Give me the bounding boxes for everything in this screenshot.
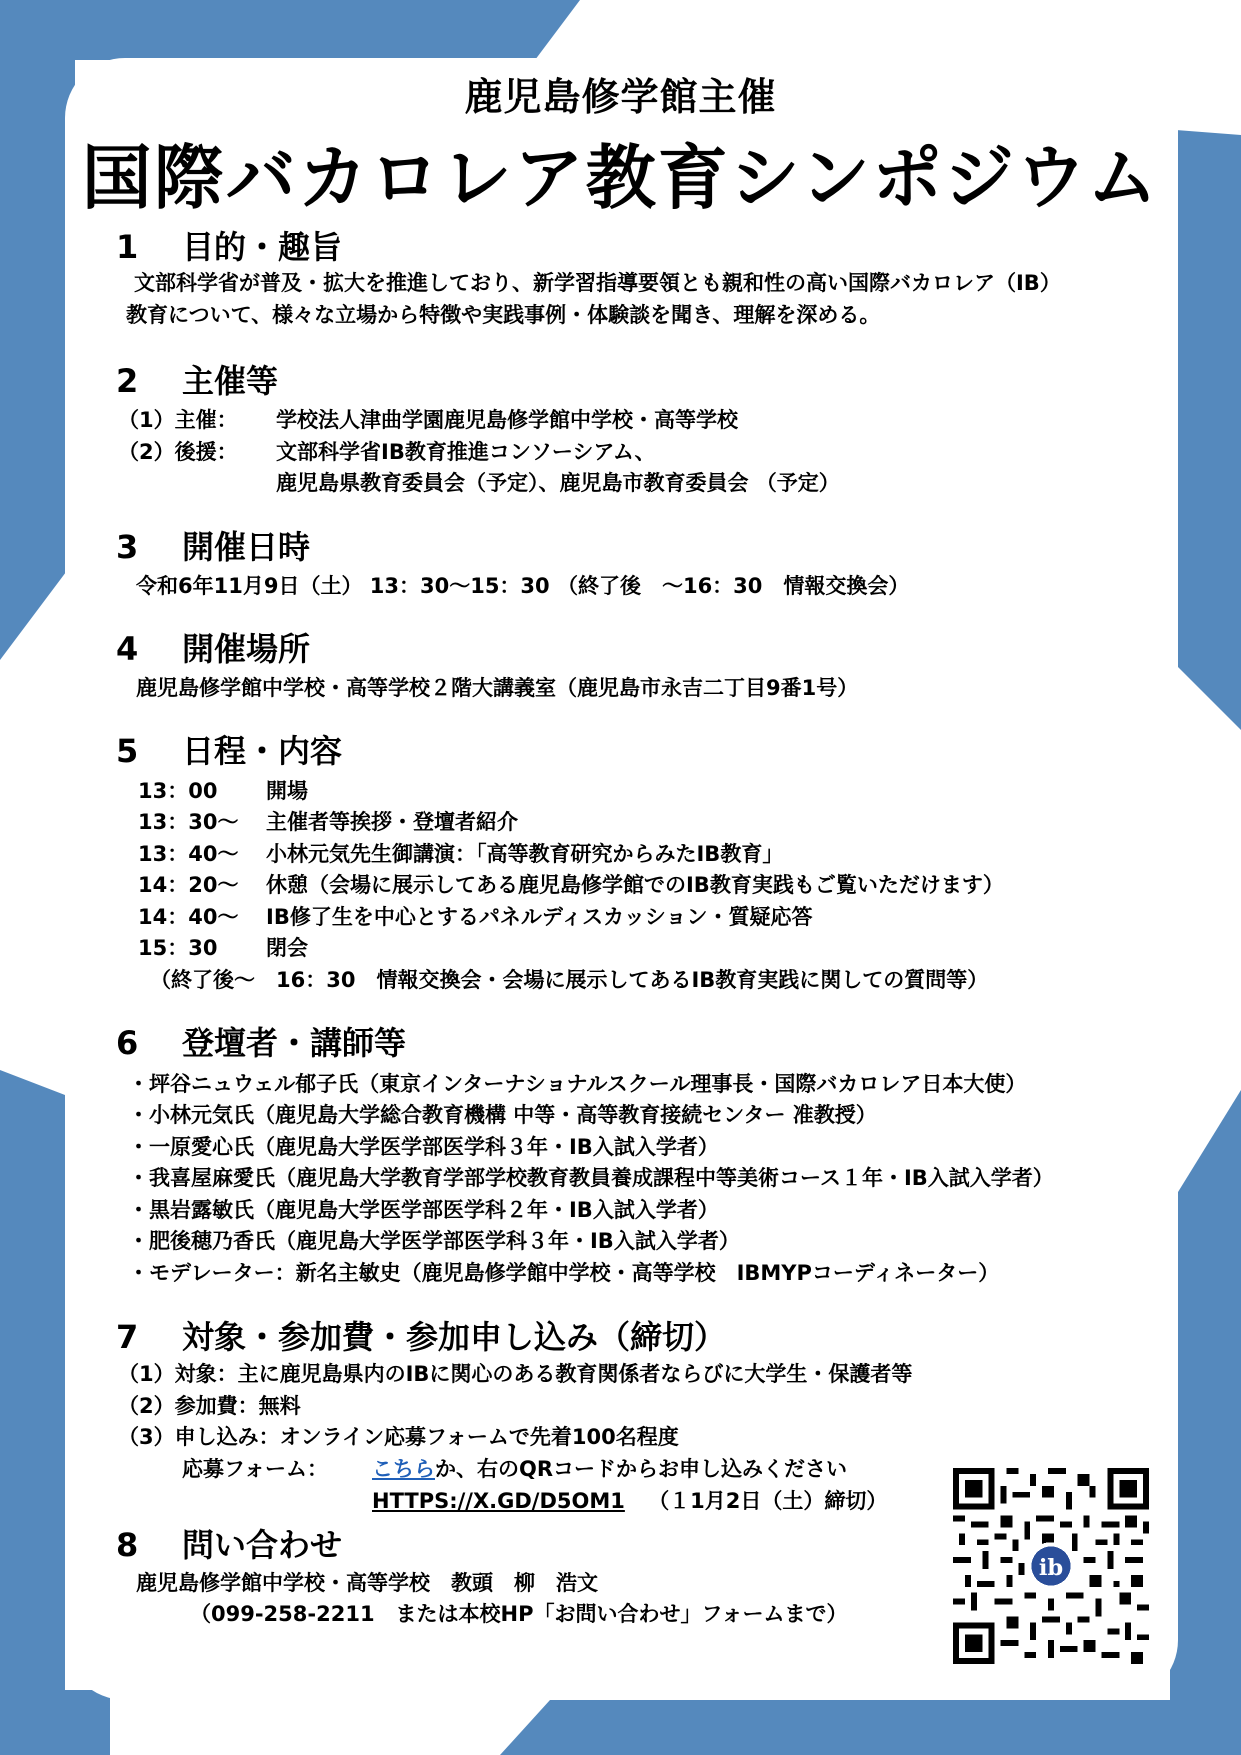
- section-number: 8: [116, 1526, 182, 1564]
- application-form-row: 応募フォーム：こちらか、右のQRコードからお申し込みください: [182, 1453, 847, 1483]
- supporter-label: （2）後援：: [118, 436, 276, 466]
- flyer-content: 鹿児島修学館主催 国際バカロレア教育シンポジウム 1目的・趣旨 文部科学省が普及…: [0, 0, 1241, 1755]
- participation-fee: （2）参加費：無料: [118, 1390, 301, 1420]
- event-title: 国際バカロレア教育シンポジウム: [0, 122, 1241, 223]
- supporter-row: （2）後援：文部科学省IB教育推進コンソーシアム、: [118, 436, 656, 466]
- section-number: 2: [116, 362, 182, 400]
- supporter-value: 文部科学省IB教育推進コンソーシアム、: [276, 440, 656, 464]
- section-6-heading: 6登壇者・講師等: [116, 1018, 406, 1064]
- section-title: 目的・趣旨: [182, 228, 342, 266]
- schedule-item: 主催者等挨拶・登壇者紹介: [266, 810, 518, 834]
- speaker-item: ・肥後穂乃香氏（鹿児島大学医学部医学科３年・IB入試入学者）: [128, 1225, 740, 1255]
- application-deadline: （１1月2日（土）締切）: [648, 1489, 887, 1513]
- section-title: 開催日時: [182, 528, 310, 566]
- speaker-item: ・我喜屋麻愛氏（鹿児島大学教育学部学校教育教員養成課程中等美術コース１年・IB入…: [128, 1162, 1054, 1192]
- schedule-item: 小林元気先生御講演：「高等教育研究からみたIB教育」: [266, 842, 783, 866]
- application-qr-code[interactable]: ib: [953, 1468, 1149, 1664]
- section-8-heading: 8問い合わせ: [116, 1520, 342, 1566]
- schedule-time: 14：40～: [138, 901, 266, 931]
- schedule-time: 13：40～: [138, 838, 266, 868]
- section-number: 1: [116, 228, 182, 266]
- schedule-item: IB修了生を中心とするパネルディスカッション・質疑応答: [266, 905, 813, 929]
- section-7-heading: 7対象・参加費・参加申し込み（締切）: [116, 1312, 726, 1358]
- organizer-row: （1）主催：学校法人津曲学園鹿児島修学館中学校・高等学校: [118, 404, 738, 434]
- event-organizer-subtitle: 鹿児島修学館主催: [0, 66, 1241, 121]
- schedule-note: （終了後～ 16：30 情報交換会・会場に展示してあるIB教育実践に関しての質問…: [150, 964, 988, 994]
- schedule-row: 13：40～小林元気先生御講演：「高等教育研究からみたIB教育」: [138, 838, 783, 868]
- schedule-item: 休憩（会場に展示してある鹿児島修学館でのIB教育実践もご覧いただけます）: [266, 873, 1004, 897]
- schedule-row: 15：30閉会: [138, 932, 308, 962]
- schedule-time: 13：00: [138, 775, 266, 805]
- speaker-item: ・小林元気氏（鹿児島大学総合教育機構 中等・高等教育接続センター 准教授）: [128, 1099, 877, 1129]
- qr-code-icon: ib: [953, 1468, 1149, 1664]
- event-venue: 鹿児島修学館中学校・高等学校２階大講義室（鹿児島市永吉二丁目9番1号）: [136, 672, 858, 702]
- section-4-heading: 4開催場所: [116, 624, 310, 670]
- section-title: 開催場所: [182, 630, 310, 668]
- section-title: 日程・内容: [182, 732, 342, 770]
- section-number: 3: [116, 528, 182, 566]
- form-label: 応募フォーム：: [182, 1453, 372, 1483]
- section-3-heading: 3開催日時: [116, 522, 310, 568]
- schedule-row: 14：20～休憩（会場に展示してある鹿児島修学館でのIB教育実践もご覧いただけま…: [138, 869, 1004, 899]
- schedule-item: 閉会: [266, 936, 308, 960]
- section-number: 7: [116, 1318, 182, 1356]
- speaker-item: ・黒岩露敏氏（鹿児島大学医学部医学科２年・IB入試入学者）: [128, 1194, 719, 1224]
- application-info: （3）申し込み：オンライン応募フォームで先着100名程度: [118, 1421, 679, 1451]
- application-url-row: HTTPS://X.GD/D5OM1 （１1月2日（土）締切）: [372, 1485, 887, 1515]
- speaker-item: ・坪谷ニュウェル郁子氏（東京インターナショナルスクール理事長・国際バカロレア日本…: [128, 1068, 1026, 1098]
- section-2-heading: 2主催等: [116, 356, 278, 402]
- svg-text:ib: ib: [1039, 1555, 1063, 1581]
- target-audience: （1）対象：主に鹿児島県内のIBに関心のある教育関係者ならびに大学生・保護者等: [118, 1358, 912, 1388]
- form-instruction: か、右のQRコードからお申し込みください: [435, 1457, 847, 1481]
- schedule-row: 14：40～IB修了生を中心とするパネルディスカッション・質疑応答: [138, 901, 813, 931]
- section-title: 対象・参加費・参加申し込み（締切）: [182, 1318, 726, 1356]
- section-title: 主催等: [182, 362, 278, 400]
- purpose-line-1: 文部科学省が普及・拡大を推進しており、新学習指導要領とも親和性の高い国際バカロレ…: [134, 268, 1061, 298]
- schedule-time: 15：30: [138, 932, 266, 962]
- schedule-item: 開場: [266, 779, 308, 803]
- moderator-item: ・モデレーター：新名主敏史（鹿児島修学館中学校・高等学校 IBMYPコーディネー…: [128, 1257, 999, 1287]
- contact-person: 鹿児島修学館中学校・高等学校 教頭 柳 浩文: [136, 1567, 598, 1597]
- event-datetime: 令和6年11月9日（土） 13：30～15：30 （終了後 ～16：30 情報交…: [136, 570, 909, 600]
- purpose-line-2: 教育について、様々な立場から特徴や実践事例・体験談を聞き、理解を深める。: [126, 300, 880, 330]
- contact-phone-info: （099-258-2211 または本校HP「お問い合わせ」フォームまで）: [190, 1598, 847, 1628]
- section-number: 4: [116, 630, 182, 668]
- schedule-time: 13：30～: [138, 806, 266, 836]
- schedule-row: 13：30～主催者等挨拶・登壇者紹介: [138, 806, 518, 836]
- section-title: 問い合わせ: [182, 1526, 342, 1564]
- section-5-heading: 5日程・内容: [116, 726, 342, 772]
- supporter-continuation: 鹿児島県教育委員会（予定）、鹿児島市教育委員会 （予定）: [276, 467, 840, 497]
- section-number: 6: [116, 1024, 182, 1062]
- section-title: 登壇者・講師等: [182, 1024, 406, 1062]
- speaker-item: ・一原愛心氏（鹿児島大学医学部医学科３年・IB入試入学者）: [128, 1131, 719, 1161]
- schedule-row: 13：00開場: [138, 775, 308, 805]
- schedule-time: 14：20～: [138, 869, 266, 899]
- organizer-value: 学校法人津曲学園鹿児島修学館中学校・高等学校: [276, 408, 738, 432]
- section-number: 5: [116, 732, 182, 770]
- organizer-label: （1）主催：: [118, 404, 276, 434]
- application-form-link[interactable]: こちら: [372, 1457, 435, 1481]
- section-1-heading: 1目的・趣旨: [116, 222, 342, 268]
- application-url-link[interactable]: HTTPS://X.GD/D5OM1: [372, 1489, 625, 1513]
